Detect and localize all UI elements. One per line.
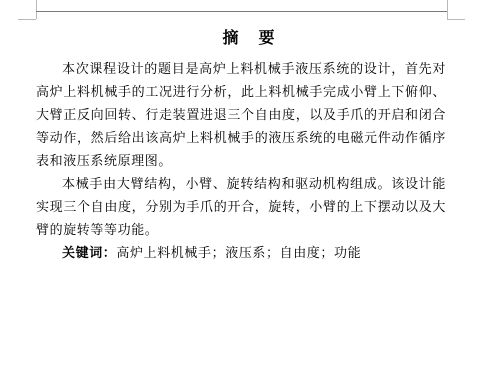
keywords-text: 高炉上料机械手；液压系；自由度；功能 xyxy=(116,246,361,261)
abstract-body: 本次课程设计的题目是高炉上料机械手液压系统的设计，首先对高炉上料机械手的工况进行… xyxy=(36,58,446,265)
corner-mark-left-vertical xyxy=(36,0,37,19)
abstract-paragraph-2: 本械手由大臂结构，小臂、旋转结构和驱动机构组成。该设计能实现三个自由度，分别为手… xyxy=(36,173,446,242)
abstract-title: 摘要 xyxy=(0,25,499,48)
corner-mark-left-horizontal xyxy=(18,19,36,20)
abstract-paragraph-1: 本次课程设计的题目是高炉上料机械手液压系统的设计，首先对高炉上料机械手的工况进行… xyxy=(36,58,446,173)
header-rule xyxy=(36,11,447,12)
keywords-label: 关键词： xyxy=(62,246,116,261)
corner-mark-right-vertical xyxy=(447,0,448,19)
keywords-line: 关键词：高炉上料机械手；液压系；自由度；功能 xyxy=(36,242,446,265)
title-char-2: 要 xyxy=(259,25,277,48)
corner-mark-right-horizontal xyxy=(447,19,465,20)
title-char-1: 摘 xyxy=(222,25,240,48)
